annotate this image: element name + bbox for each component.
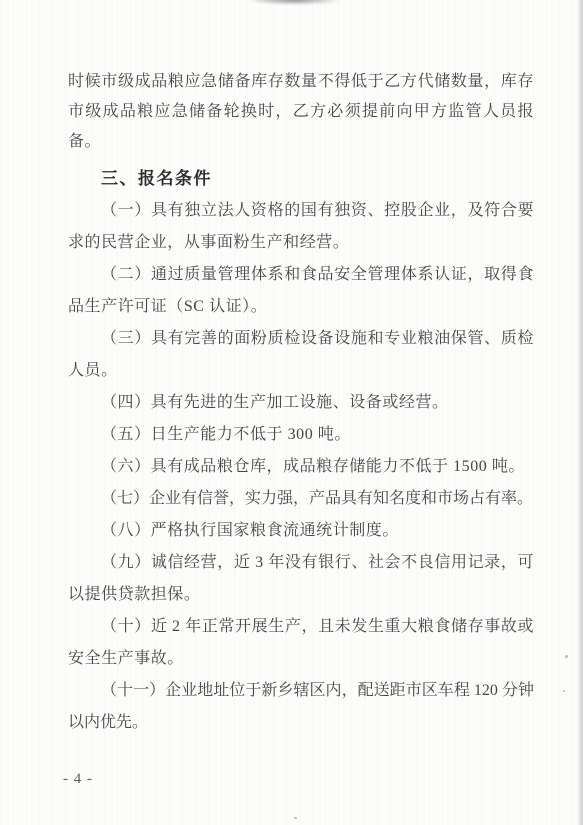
document-content: 时候市级成品粮应急储备库存数量不得低于乙方代储数量，库存市级成品粮应急储备轮换时… xyxy=(68,67,534,739)
condition-item-2: （二）通过质量管理体系和食品安全管理体系认证，取得食品生产许可证（SC 认证）。 xyxy=(68,259,534,323)
condition-item-1: （一）具有独立法人资格的国有独资、控股企业，及符合要求的民营企业，从事面粉生产和… xyxy=(68,195,534,259)
condition-item-4: （四）具有先进的生产加工设施、设备或经营。 xyxy=(68,387,534,419)
condition-item-5: （五）日生产能力不低于 300 吨。 xyxy=(68,419,534,451)
condition-item-6: （六）具有成品粮仓库，成品粮存储能力不低于 1500 吨。 xyxy=(68,451,534,483)
condition-item-9: （九）诚信经营，近 3 年没有银行、社会不良信用记录，可以提供贷款担保。 xyxy=(68,547,534,611)
section-heading: 三、报名条件 xyxy=(68,163,534,195)
intro-paragraph: 时候市级成品粮应急储备库存数量不得低于乙方代储数量，库存市级成品粮应急储备轮换时… xyxy=(68,67,534,157)
scan-speck xyxy=(565,655,568,658)
condition-item-10: （十）近 2 年正常开展生产，且未发生重大粮食储存事故或安全生产事故。 xyxy=(68,611,534,675)
scan-smudge-artifact xyxy=(246,0,342,5)
page-number: - 4 - xyxy=(63,771,93,788)
condition-item-8: （八）严格执行国家粮食流通统计制度。 xyxy=(68,515,534,547)
condition-item-3: （三）具有完善的面粉质检设备设施和专业粮油保管、质检人员。 xyxy=(68,323,534,387)
scan-edge-shadow xyxy=(577,0,583,825)
condition-item-7: （七）企业有信誉，实力强，产品具有知名度和市场占有率。 xyxy=(68,483,534,515)
scanned-document-page: 时候市级成品粮应急储备库存数量不得低于乙方代储数量，库存市级成品粮应急储备轮换时… xyxy=(0,0,583,825)
condition-item-11: （十一）企业地址位于新乡辖区内，配送距市区车程 120 分钟以内优先。 xyxy=(68,675,534,739)
scan-speck xyxy=(563,690,565,692)
scan-speck xyxy=(294,817,297,819)
